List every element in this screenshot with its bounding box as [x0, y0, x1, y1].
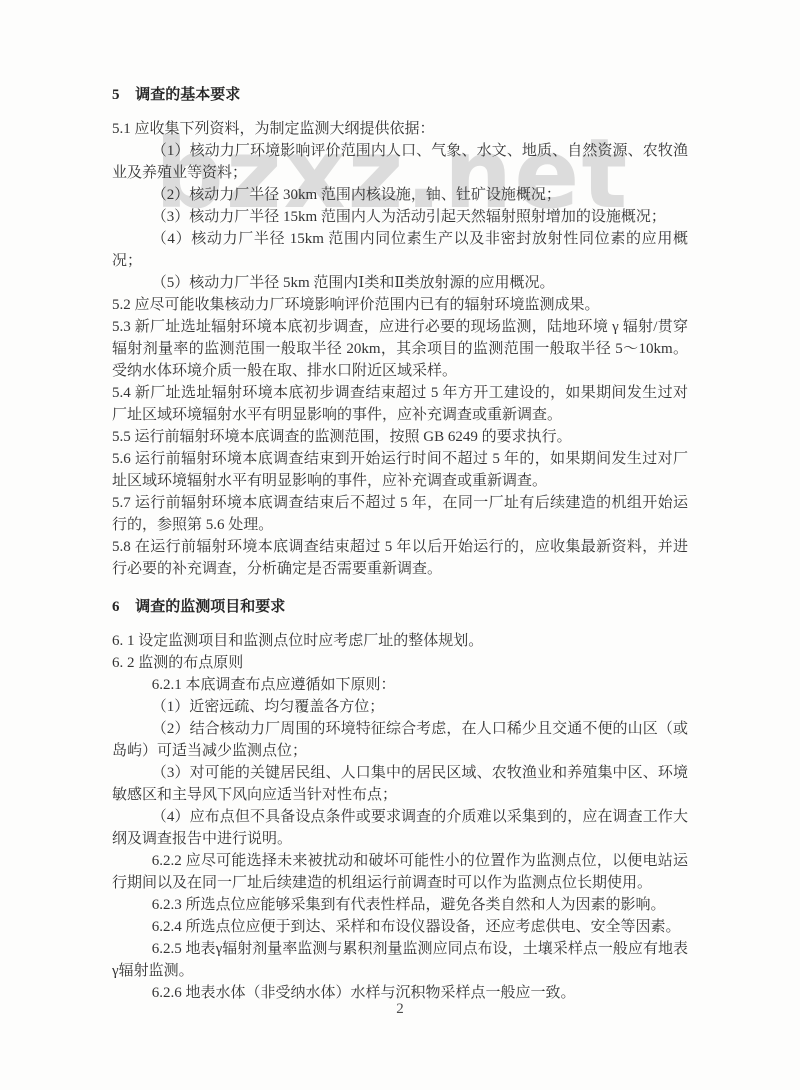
list-item: （2）结合核动力厂周围的环境特征综合考虑，在人口稀少且交通不便的山区（或岛屿）可…: [112, 718, 688, 762]
list-item: （4）应布点但不具备设点条件或要求调查的介质难以采集到的，应在调查工作大纲及调查…: [112, 806, 688, 850]
paragraph: 5.5 运行前辐射环境本底调查的监测范围，按照 GB 6249 的要求执行。: [112, 426, 688, 448]
paragraph: 6. 1 设定监测项目和监测点位时应考虑厂址的整体规划。: [112, 630, 688, 652]
section-heading: 5调查的基本要求: [112, 84, 688, 106]
paragraph: 5.8 在运行前辐射环境本底调查结束超过 5 年以后开始运行的，应收集最新资料，…: [112, 536, 688, 580]
paragraph: 5.7 运行前辐射环境本底调查结束后不超过 5 年，在同一厂址有后续建造的机组开…: [112, 492, 688, 536]
list-item: 6.2.4 所选点位应便于到达、采样和布设仪器设备，还应考虑供电、安全等因素。: [112, 916, 688, 938]
list-item: （5）核动力厂半径 5km 范围内Ⅰ类和Ⅱ类放射源的应用概况。: [112, 272, 688, 294]
list-item: （2）核动力厂半径 30km 范围内核设施，铀、钍矿设施概况；: [112, 184, 688, 206]
list-item: （1）核动力厂环境影响评价范围内人口、气象、水文、地质、自然资源、农牧渔业及养殖…: [112, 140, 688, 184]
list-item: 6.2.5 地表γ辐射剂量率监测与累积剂量监测应同点布设，土壤采样点一般应有地表…: [112, 938, 688, 982]
list-item: （1）近密远疏、均匀覆盖各方位；: [112, 696, 688, 718]
section-number: 6: [112, 599, 120, 615]
paragraph: 5.1 应收集下列资料，为制定监测大纲提供依据：: [112, 118, 688, 140]
list-item: 6.2.1 本底调查布点应遵循如下原则：: [112, 674, 688, 696]
paragraph: 5.2 应尽可能收集核动力厂环境影响评价范围内已有的辐射环境监测成果。: [112, 294, 688, 316]
list-item: （3）核动力厂半径 15km 范围内人为活动引起天然辐射照射增加的设施概况；: [112, 206, 688, 228]
paragraph: 5.6 运行前辐射环境本底调查结束到开始运行时间不超过 5 年的，如果期间发生过…: [112, 448, 688, 492]
document-content: 5调查的基本要求5.1 应收集下列资料，为制定监测大纲提供依据：（1）核动力厂环…: [112, 84, 688, 1004]
paragraph: 5.4 新厂址选址辐射环境本底初步调查结束超过 5 年方开工建设的，如果期间发生…: [112, 382, 688, 426]
list-item: 6.2.2 应尽可能选择未来被扰动和破坏可能性小的位置作为监测点位，以便电站运行…: [112, 850, 688, 894]
section-title: 调查的监测项目和要求: [135, 599, 285, 615]
section-heading: 6调查的监测项目和要求: [112, 596, 688, 618]
list-item: （4）核动力厂半径 15km 范围内同位素生产以及非密封放射性同位素的应用概况；: [112, 228, 688, 272]
paragraph: 5.3 新厂址选址辐射环境本底初步调查，应进行必要的现场监测，陆地环境 γ 辐射…: [112, 316, 688, 382]
section-number: 5: [112, 87, 120, 103]
paragraph: 6. 2 监测的布点原则: [112, 652, 688, 674]
document-page: bzxz.net 5调查的基本要求5.1 应收集下列资料，为制定监测大纲提供依据…: [0, 0, 800, 1090]
section-title: 调查的基本要求: [135, 87, 240, 103]
list-item: 6.2.3 所选点位应能够采集到有代表性样品，避免各类自然和人为因素的影响。: [112, 894, 688, 916]
page-number: 2: [0, 1001, 800, 1018]
list-item: （3）对可能的关键居民组、人口集中的居民区域、农牧渔业和养殖集中区、环境敏感区和…: [112, 762, 688, 806]
